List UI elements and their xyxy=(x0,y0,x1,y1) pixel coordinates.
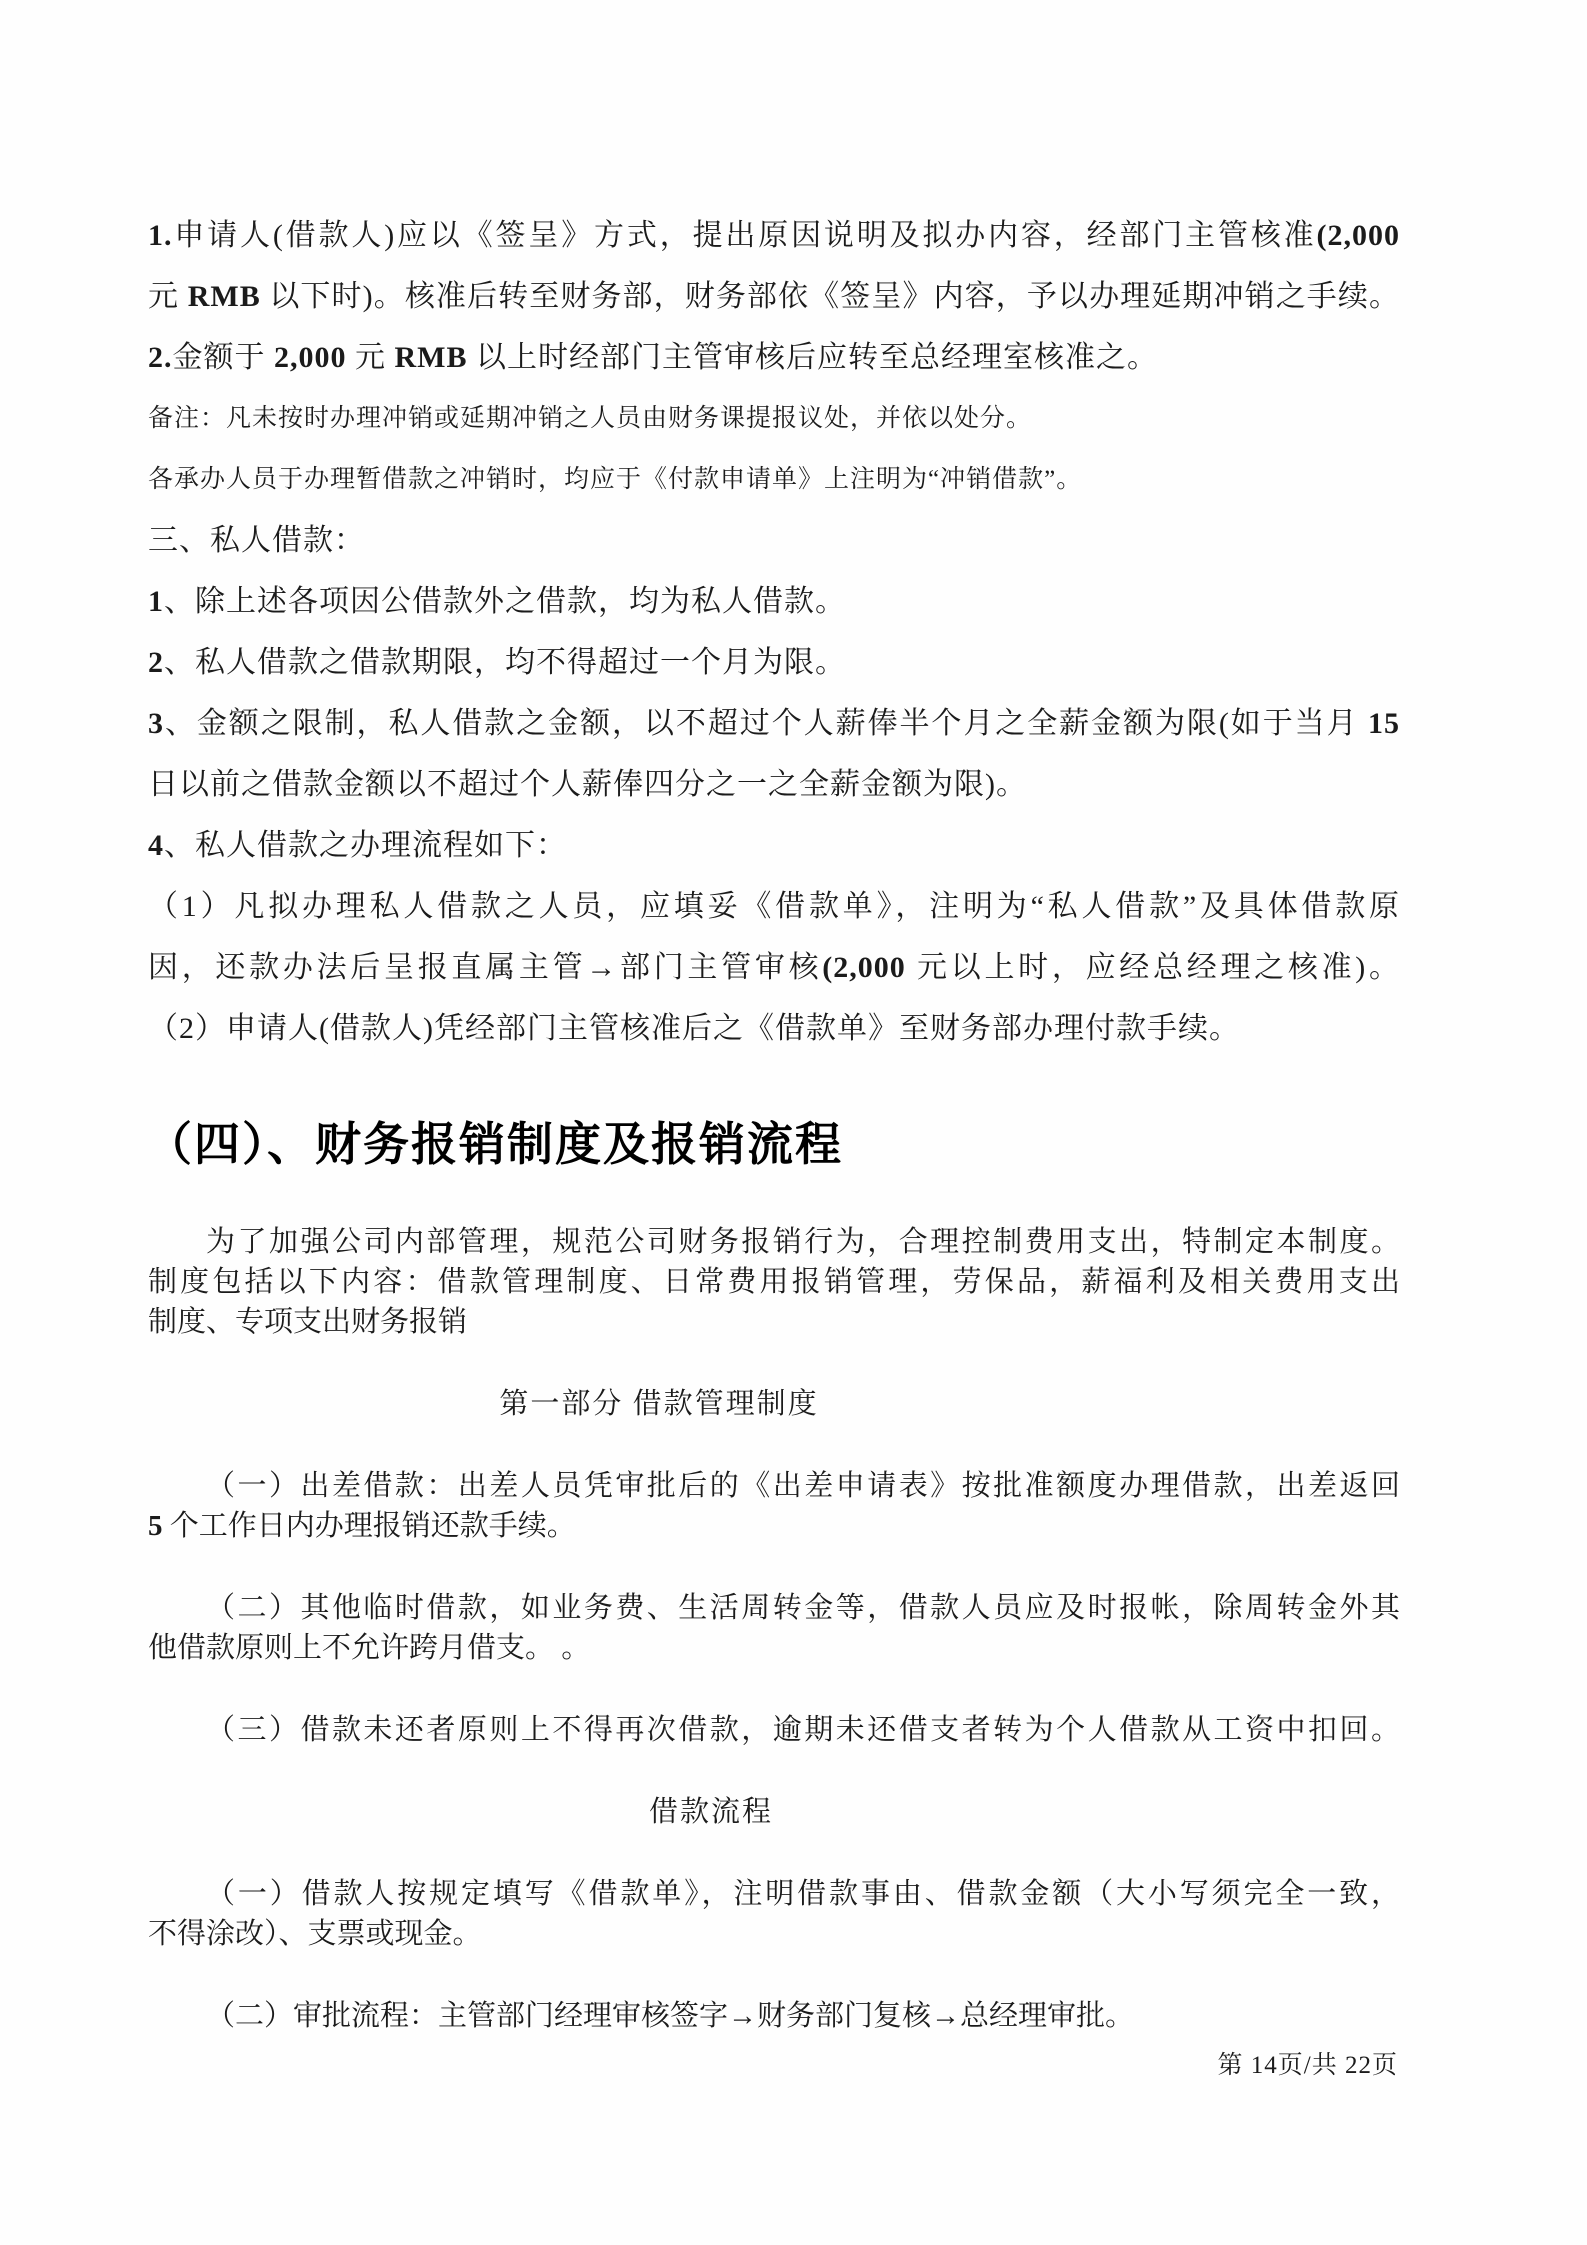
doc-line: 为了加强公司内部管理，规范公司财务报销行为，合理控制费用支出，特制定本制度。 xyxy=(148,1222,1400,1262)
doc-line: （二）其他临时借款，如业务费、生活周转金等，借款人员应及时报帐，除周转金外其 xyxy=(148,1588,1400,1628)
doc-line: 他借款原则上不允许跨月借支。 。 xyxy=(148,1628,1400,1668)
doc-line: 制度、专项支出财务报销 xyxy=(148,1302,1400,1342)
doc-line: 因，还款办法后呈报直属主管→部门主管审核(2,000 元以上时，应经总经理之核准… xyxy=(148,937,1400,998)
doc-line: （一）借款人按规定填写《借款单》，注明借款事由、借款金额（大小写须完全一致， xyxy=(148,1874,1400,1914)
travel-loan-paragraph: （一）出差借款：出差人员凭审批后的《出差申请表》按批准额度办理借款，出差返回 5… xyxy=(148,1466,1400,1546)
approval-flow-paragraph: （二）审批流程：主管部门经理审核签字→财务部门复核→总经理审批。 xyxy=(148,1996,1400,2036)
doc-line-list-header: 三、私人借款： xyxy=(148,510,1400,571)
overdue-loan-paragraph: （三）借款未还者原则上不得再次借款，逾期未还借支者转为个人借款从工资中扣回。 xyxy=(148,1710,1400,1750)
loan-clauses-section: 1.申请人(借款人)应以《签呈》方式，提出原因说明及拟办内容，经部门主管核准(2… xyxy=(148,205,1400,1059)
doc-line: 制度包括以下内容：借款管理制度、日常费用报销管理，劳保品，薪福利及相关费用支出 xyxy=(148,1262,1400,1302)
doc-line: （三）借款未还者原则上不得再次借款，逾期未还借支者转为个人借款从工资中扣回。 xyxy=(148,1710,1400,1750)
doc-line: （1）凡拟办理私人借款之人员，应填妥《借款单》，注明为“私人借款”及具体借款原 xyxy=(148,876,1400,937)
temp-loan-paragraph: （二）其他临时借款，如业务费、生活周转金等，借款人员应及时报帐，除周转金外其 他… xyxy=(148,1588,1400,1668)
doc-line: 4、私人借款之办理流程如下： xyxy=(148,815,1400,876)
reimbursement-section: 为了加强公司内部管理，规范公司财务报销行为，合理控制费用支出，特制定本制度。 制… xyxy=(148,1222,1400,2036)
doc-line: （一）出差借款：出差人员凭审批后的《出差申请表》按批准额度办理借款，出差返回 xyxy=(148,1466,1400,1506)
doc-line: （2）申请人(借款人)凭经部门主管核准后之《借款单》至财务部办理付款手续。 xyxy=(148,998,1400,1059)
doc-line: 1.申请人(借款人)应以《签呈》方式，提出原因说明及拟办内容，经部门主管核准(2… xyxy=(148,205,1400,266)
doc-line: 2、私人借款之借款期限，均不得超过一个月为限。 xyxy=(148,632,1400,693)
doc-line-note: 各承办人员于办理暂借款之冲销时，均应于《付款申请单》上注明为“冲销借款”。 xyxy=(148,449,1400,510)
intro-paragraph: 为了加强公司内部管理，规范公司财务报销行为，合理控制费用支出，特制定本制度。 制… xyxy=(148,1222,1400,1342)
section-heading: （四）、财务报销制度及报销流程 xyxy=(146,1108,843,1174)
loan-process-heading: 借款流程 xyxy=(148,1792,1400,1832)
doc-line: 5 个工作日内办理报销还款手续。 xyxy=(148,1506,1400,1546)
doc-line: 元 RMB 以下时)。核准后转至财务部，财务部依《签呈》内容，予以办理延期冲销之… xyxy=(148,266,1400,327)
doc-line: 日以前之借款金额以不超过个人薪俸四分之一之全薪金额为限)。 xyxy=(148,754,1400,815)
doc-line: （二）审批流程：主管部门经理审核签字→财务部门复核→总经理审批。 xyxy=(148,1996,1400,2036)
page-number: 第 14页/共 22页 xyxy=(1218,2048,1398,2084)
doc-line: 1、除上述各项因公借款外之借款，均为私人借款。 xyxy=(148,571,1400,632)
subsection-heading-part1: 第一部分 借款管理制度 xyxy=(148,1384,1400,1424)
doc-line: 2.金额于 2,000 元 RMB 以上时经部门主管审核后应转至总经理室核准之。 xyxy=(148,327,1400,388)
doc-line-note: 备注：凡未按时办理冲销或延期冲销之人员由财务课提报议处，并依以处分。 xyxy=(148,388,1400,449)
loan-form-paragraph: （一）借款人按规定填写《借款单》，注明借款事由、借款金额（大小写须完全一致， 不… xyxy=(148,1874,1400,1954)
doc-line: 3、金额之限制，私人借款之金额，以不超过个人薪俸半个月之全薪金额为限(如于当月 … xyxy=(148,693,1400,754)
doc-line: 不得涂改）、支票或现金。 xyxy=(148,1914,1400,1954)
